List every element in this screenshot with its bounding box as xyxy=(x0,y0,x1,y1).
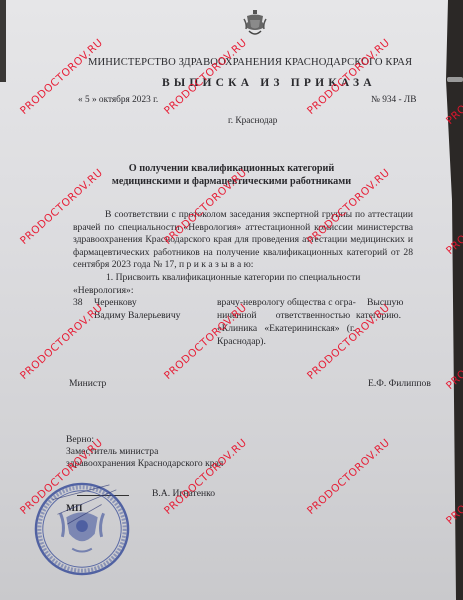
order-number: № 934 - ЛВ xyxy=(371,95,416,105)
subject-line-1: О получении квалификационных категорий xyxy=(0,163,463,174)
entry-position-3: «Клиника «Екатерининская» (г. xyxy=(217,323,355,336)
paper-clip xyxy=(447,77,463,82)
entry-number: 38 xyxy=(73,297,83,310)
coat-of-arms-icon xyxy=(243,10,267,38)
order-item-1: 1. Присвоить квалификационные категории … xyxy=(106,272,360,285)
watermark: PRODOCTOROV.RU xyxy=(444,47,463,127)
signatory-name: Е.Ф. Филиппов xyxy=(368,378,431,391)
body-paragraph-text: В соответствии с протоколом заседания эк… xyxy=(73,209,413,270)
entry-position-4: Краснодар). xyxy=(217,336,266,349)
order-date: « 5 » октября 2023 г. xyxy=(78,95,158,105)
deputy-title-2: здравоохранения Краснодарского края xyxy=(66,458,223,471)
body-paragraph: В соответствии с протоколом заседания эк… xyxy=(73,209,413,272)
background-edge xyxy=(0,0,6,82)
entry-name: Вадиму Валерьевичу xyxy=(94,310,180,323)
signatory-title: Министр xyxy=(69,378,106,391)
specialty-label: «Неврология»: xyxy=(73,285,134,298)
order-city: г. Краснодар xyxy=(228,116,277,126)
